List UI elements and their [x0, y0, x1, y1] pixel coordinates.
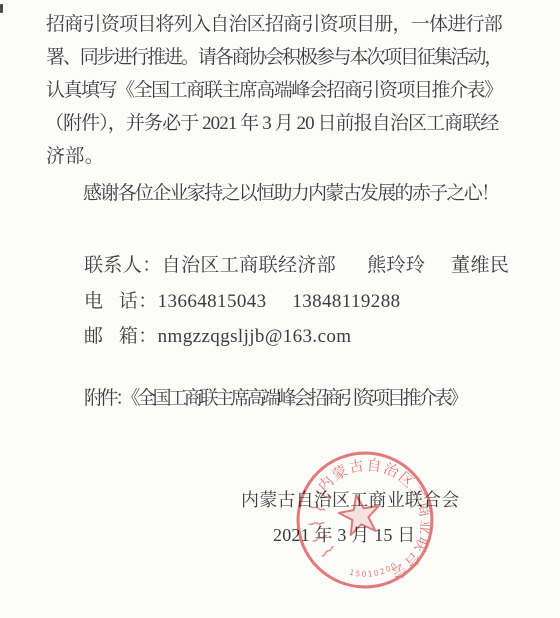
- body-line: （附件），并务必于 2021 年 3 月 20 日前报自治区工商联经: [45, 112, 498, 135]
- body-line: 济部。: [46, 145, 104, 168]
- body-line: 认真填写《全国工商联主席高端峰会招商引资项目推介表》: [46, 79, 502, 102]
- body-line: 招商引资项目将列入自治区招商引资项目册，一体进行部: [46, 13, 502, 36]
- attachment-line: 附件：《全国工商联主席高端峰会招商引资项目推介表》: [84, 387, 465, 410]
- seal-mongolian-script: [309, 490, 333, 556]
- scanned-letter-page: 招商引资项目将列入自治区招商引资项目册，一体进行部 署、同步进行推进。请各商协会…: [0, 0, 560, 618]
- star-icon: [336, 491, 383, 536]
- body-line: 署、同步进行推进。请各商协会积极参与本次项目征集活动，: [46, 46, 501, 69]
- official-seal: 内蒙古自治区工商业联合会 1501020009530: [294, 449, 436, 591]
- scan-artifact: [0, 4, 3, 13]
- contact-person-line: 联系人：自治区工商联经济部 熊玲玲 董维民: [84, 254, 509, 277]
- contact-email-line: 邮 箱：nmgzzqgsljjb@163.com: [84, 325, 352, 348]
- contact-phone-line: 电 话：13664815043 13848119288: [84, 290, 401, 313]
- thanks-line: 感谢各位企业家持之以恒助力内蒙古发展的赤子之心！: [83, 182, 498, 205]
